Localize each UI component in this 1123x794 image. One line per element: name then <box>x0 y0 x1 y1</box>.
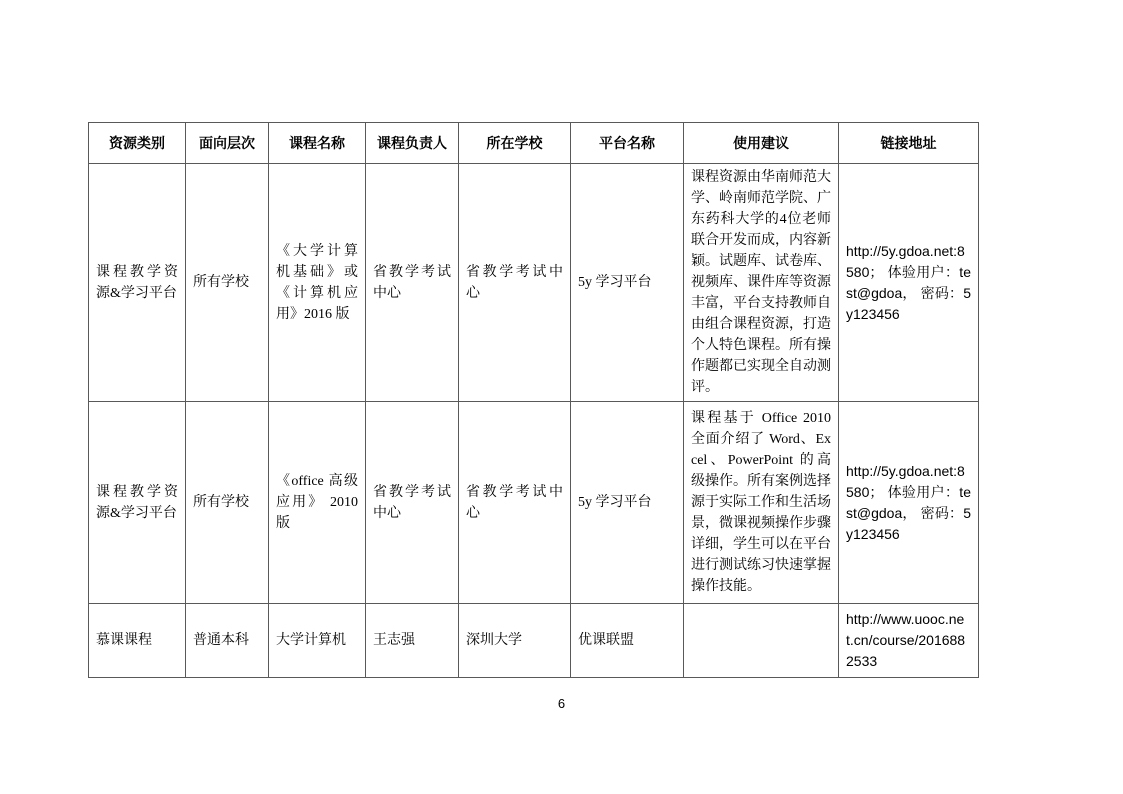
cell-resource-category: 慕课课程 <box>89 604 186 678</box>
cell-usage-suggestion: 课程基于 Office 2010 全面介绍了 Word、Excel、PowerP… <box>684 402 839 604</box>
cell-platform-name: 5y 学习平台 <box>571 164 684 402</box>
cell-link-address: http://www.uooc.net.cn/course/2016882533 <box>839 604 979 678</box>
table-row: 慕课课程 普通本科 大学计算机 王志强 深圳大学 优课联盟 http://www… <box>89 604 979 678</box>
cell-school: 省教学考试中心 <box>459 164 571 402</box>
cell-course-leader: 省教学考试中心 <box>366 164 459 402</box>
header-school: 所在学校 <box>459 123 571 164</box>
cell-target-level: 所有学校 <box>186 164 269 402</box>
cell-target-level: 所有学校 <box>186 402 269 604</box>
cell-link-address: http://5y.gdoa.net:8580； 体验用户：test@gdoa，… <box>839 164 979 402</box>
table-row: 课程教学资源&学习平台 所有学校 《大学计算机基础》或《计算机应用》2016 版… <box>89 164 979 402</box>
header-resource-category: 资源类别 <box>89 123 186 164</box>
header-target-level: 面向层次 <box>186 123 269 164</box>
resource-table: 资源类别 面向层次 课程名称 课程负责人 所在学校 平台名称 使用建议 链接地址… <box>88 122 979 678</box>
page-number: 6 <box>0 696 1123 711</box>
cell-usage-suggestion <box>684 604 839 678</box>
table-header-row: 资源类别 面向层次 课程名称 课程负责人 所在学校 平台名称 使用建议 链接地址 <box>89 123 979 164</box>
cell-course-leader: 王志强 <box>366 604 459 678</box>
cell-school: 深圳大学 <box>459 604 571 678</box>
cell-usage-suggestion: 课程资源由华南师范大学、岭南师范学院、广东药科大学的4位老师联合开发而成，内容新… <box>684 164 839 402</box>
header-course-leader: 课程负责人 <box>366 123 459 164</box>
header-course-name: 课程名称 <box>269 123 366 164</box>
cell-course-leader: 省教学考试中心 <box>366 402 459 604</box>
cell-resource-category: 课程教学资源&学习平台 <box>89 402 186 604</box>
cell-course-name: 大学计算机 <box>269 604 366 678</box>
cell-course-name: 《office 高级应用》 2010 版 <box>269 402 366 604</box>
header-usage-suggestion: 使用建议 <box>684 123 839 164</box>
cell-resource-category: 课程教学资源&学习平台 <box>89 164 186 402</box>
cell-link-address: http://5y.gdoa.net:8580； 体验用户：test@gdoa，… <box>839 402 979 604</box>
document-page: 资源类别 面向层次 课程名称 课程负责人 所在学校 平台名称 使用建议 链接地址… <box>0 0 1123 794</box>
cell-course-name: 《大学计算机基础》或《计算机应用》2016 版 <box>269 164 366 402</box>
cell-platform-name: 5y 学习平台 <box>571 402 684 604</box>
cell-school: 省教学考试中心 <box>459 402 571 604</box>
cell-platform-name: 优课联盟 <box>571 604 684 678</box>
header-platform-name: 平台名称 <box>571 123 684 164</box>
cell-target-level: 普通本科 <box>186 604 269 678</box>
header-link-address: 链接地址 <box>839 123 979 164</box>
table-row: 课程教学资源&学习平台 所有学校 《office 高级应用》 2010 版 省教… <box>89 402 979 604</box>
